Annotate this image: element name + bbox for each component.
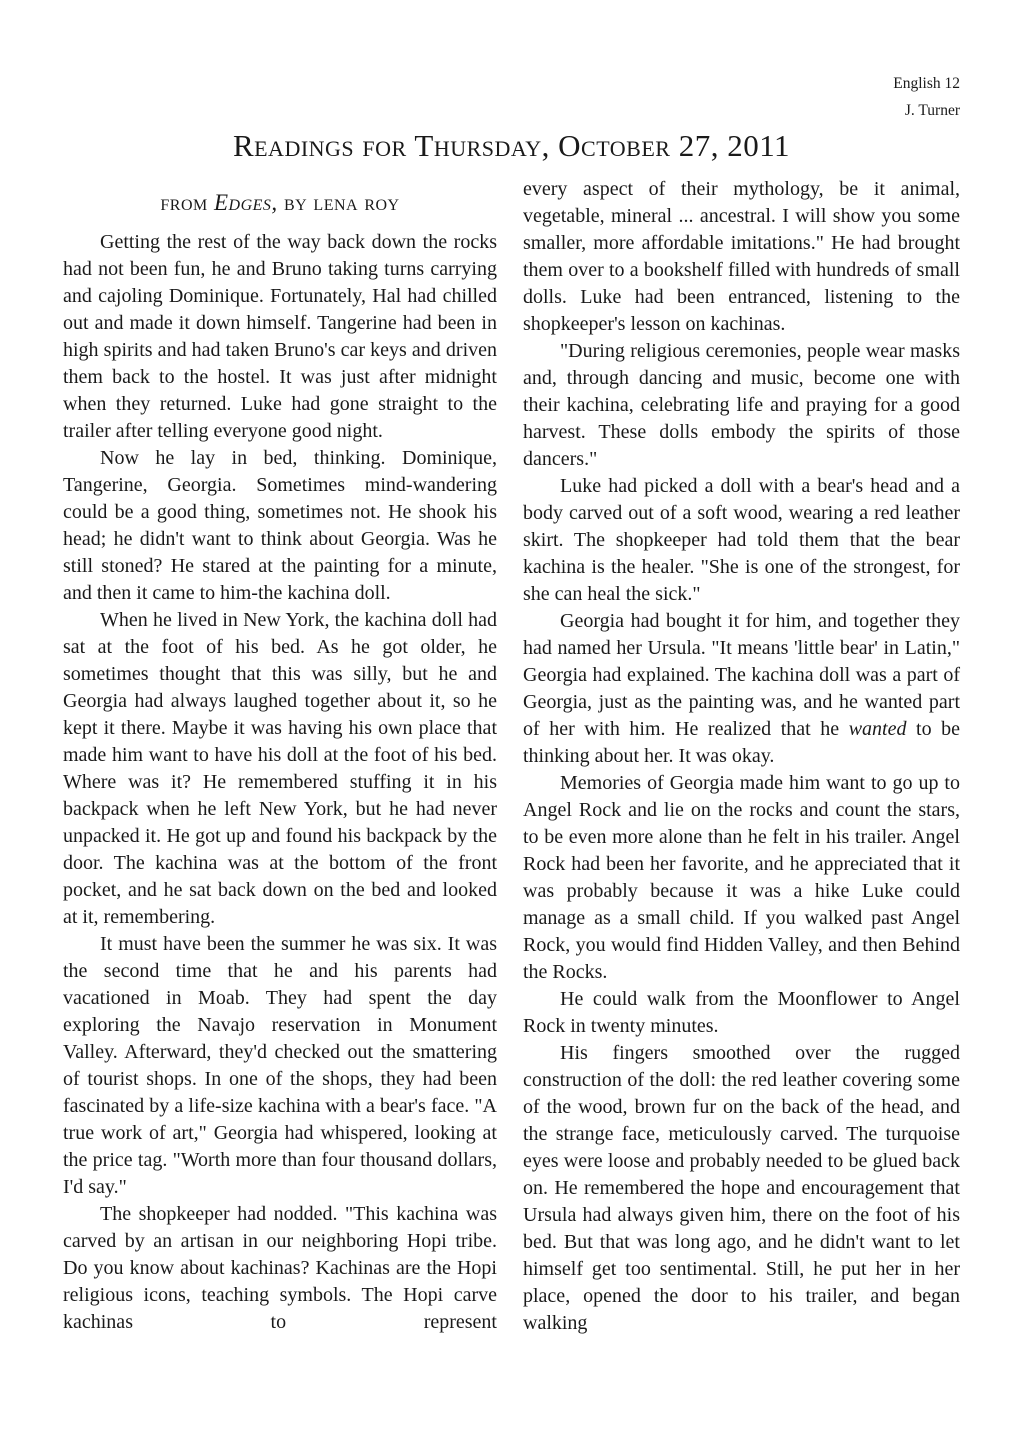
paragraph: Luke had picked a doll with a bear's hea… [523,473,960,608]
paragraph: When he lived in New York, the kachina d… [63,607,497,931]
document-page: English 12 J. Turner Readings for Thursd… [0,0,1020,1443]
left-column: from Edges, by Lena Roy Getting the rest… [63,176,497,1337]
paragraph: He could walk from the Moonflower to Ang… [523,986,960,1040]
teacher-name: J. Turner [63,97,960,124]
emphasized-word: wanted [849,718,907,740]
right-column: every aspect of their mythology, be it a… [523,176,960,1337]
paragraph: Memories of Georgia made him want to go … [523,770,960,986]
paragraph: It must have been the summer he was six.… [63,931,497,1201]
section-heading-post: by Lena Roy [278,190,400,215]
page-title: Readings for Thursday, October 27, 2011 [63,129,960,163]
paragraph: Getting the rest of the way back down th… [63,229,497,445]
two-column-body: from Edges, by Lena Roy Getting the rest… [63,176,960,1337]
document-header: English 12 J. Turner [63,70,960,124]
paragraph: His fingers smoothed over the rugged con… [523,1040,960,1337]
work-title: Edges, [214,190,278,215]
course-label: English 12 [63,70,960,97]
section-heading-pre: from [160,190,214,215]
paragraph: "During religious ceremonies, people wea… [523,338,960,473]
paragraph: Now he lay in bed, thinking. Dominique, … [63,445,497,607]
section-heading: from Edges, by Lena Roy [63,188,497,218]
paragraph: The shopkeeper had nodded. "This kachina… [63,1201,497,1336]
paragraph-continuation: every aspect of their mythology, be it a… [523,176,960,338]
paragraph: Georgia had bought it for him, and toget… [523,608,960,770]
